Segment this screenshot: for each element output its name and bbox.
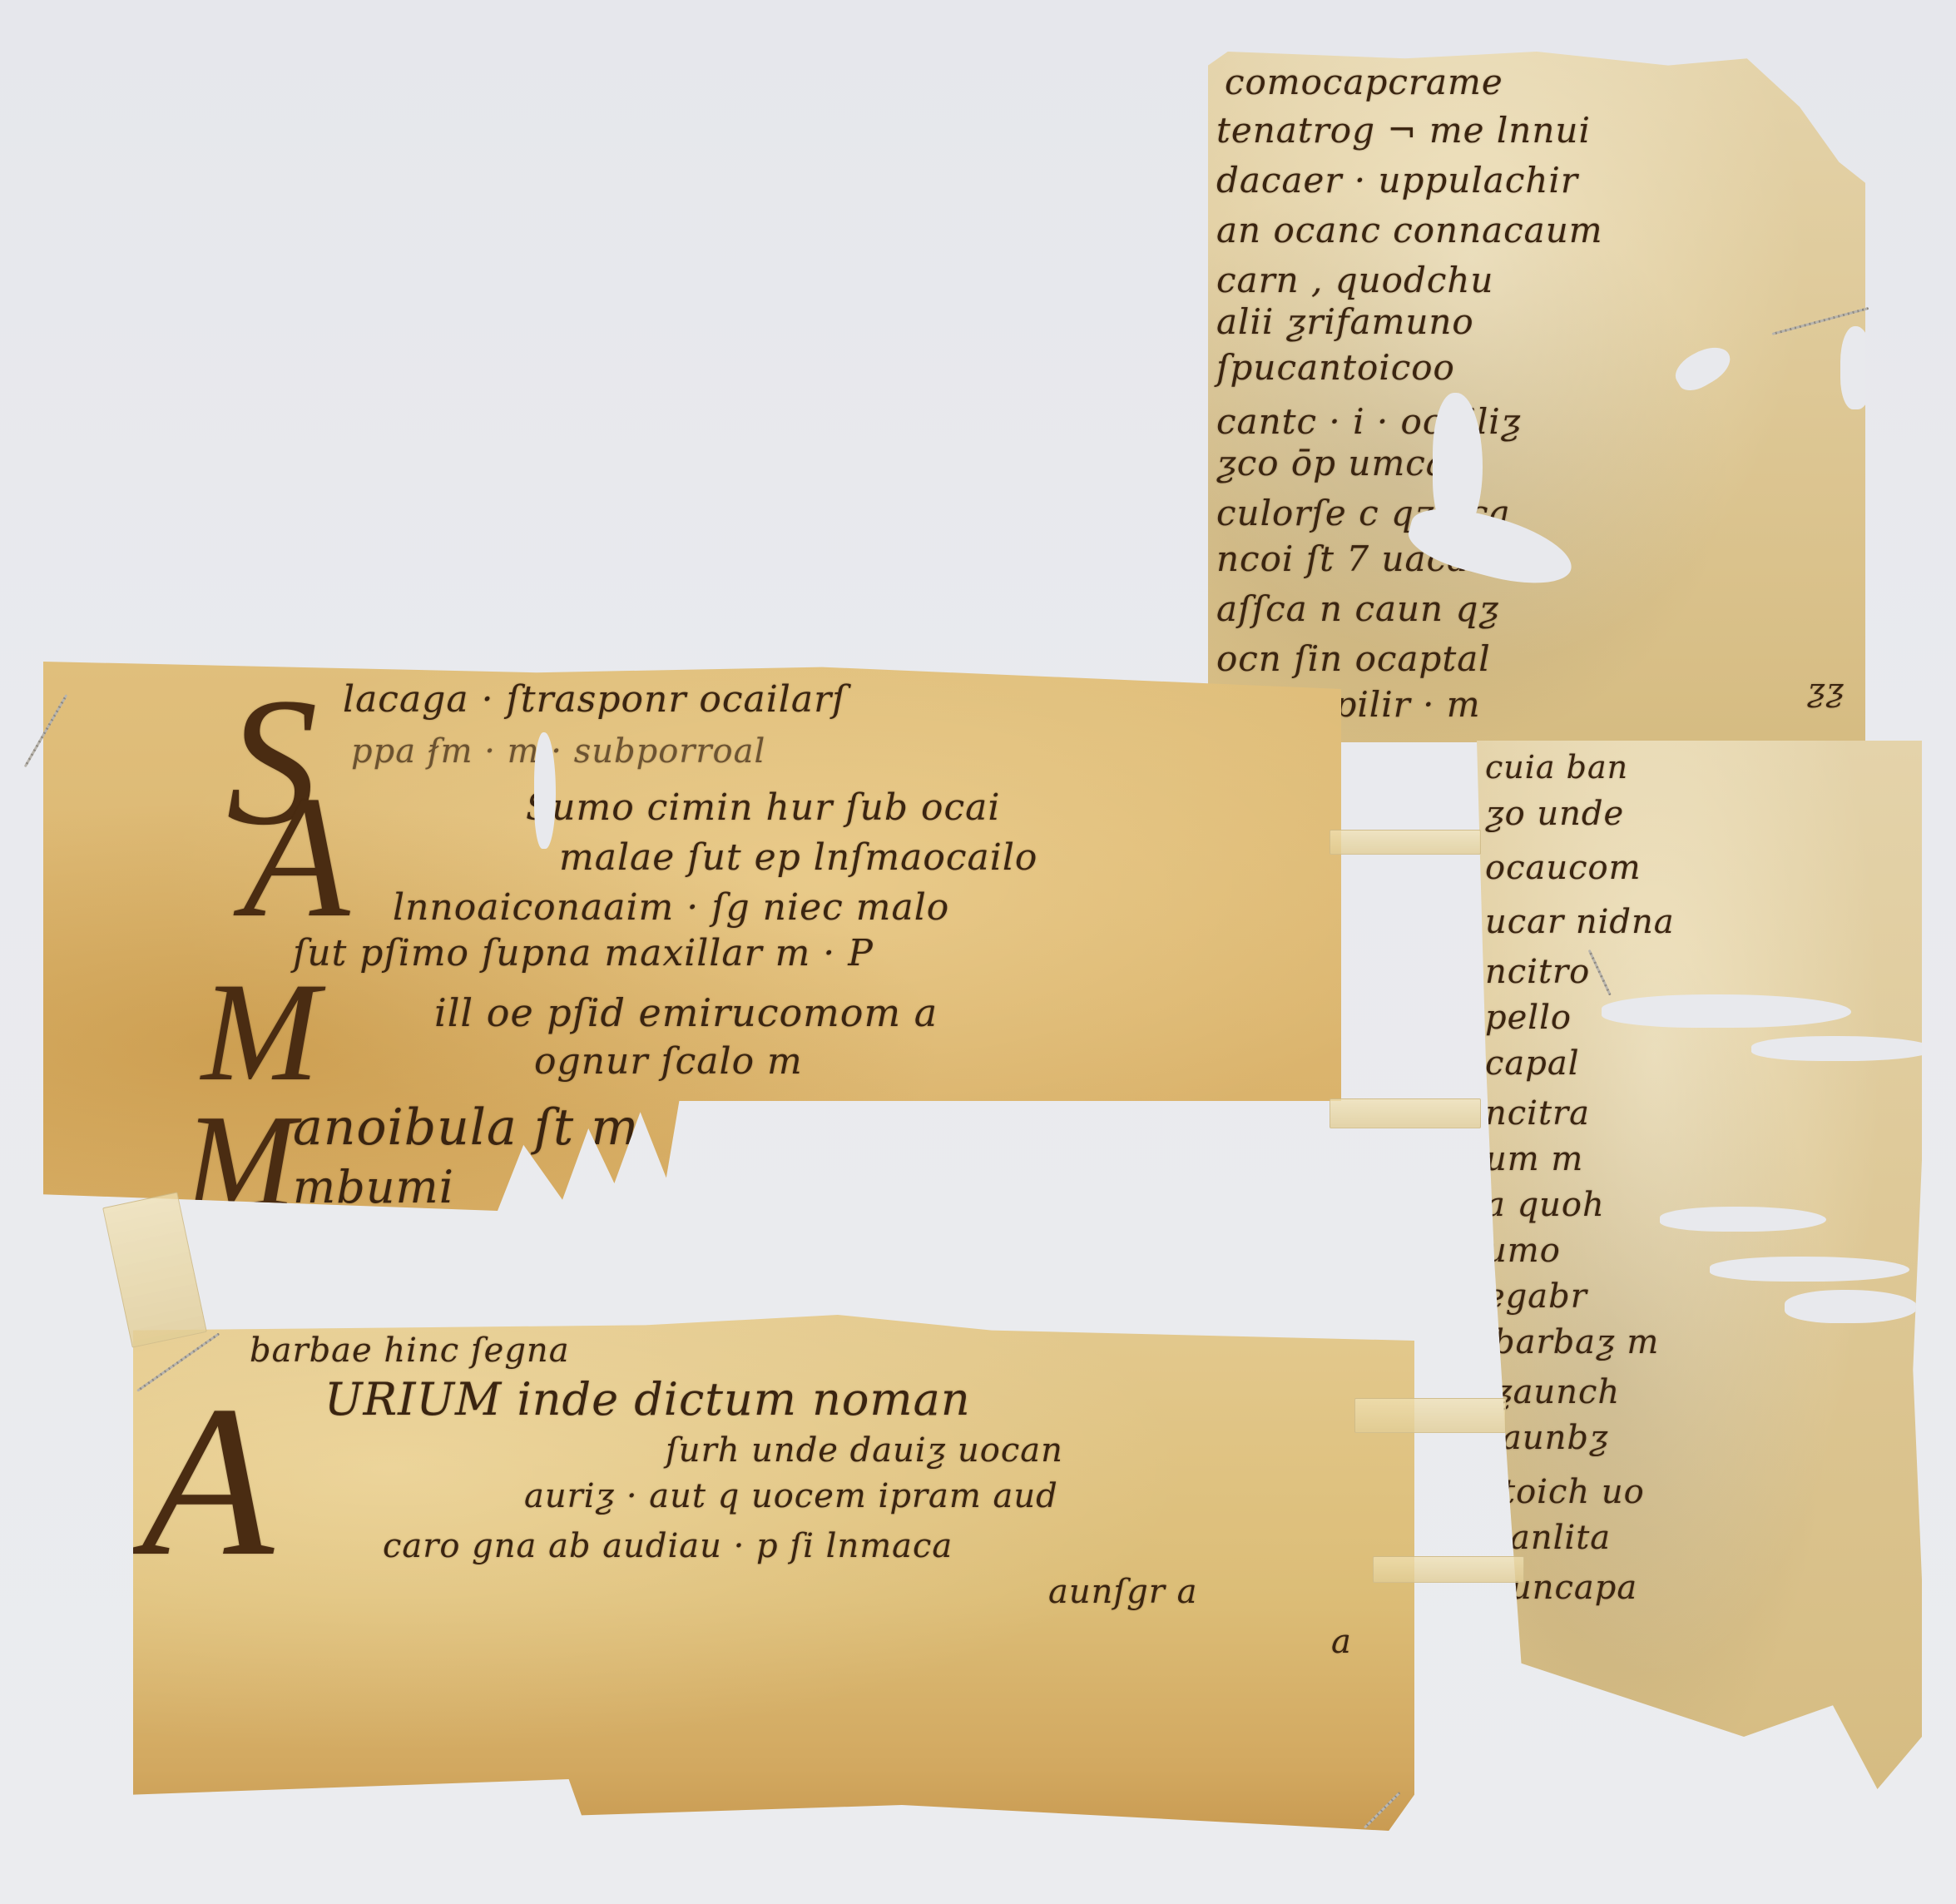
decorated-initial: A — [243, 770, 349, 945]
fragment-bottom-left: A barbae hinc ſegna URIUM inde dictum no… — [133, 1315, 1414, 1831]
hinge-strip — [1354, 1398, 1506, 1433]
manuscript-line: lnnoaiconaaim · ſg niec malo — [393, 886, 949, 929]
manuscript-line: egabr — [1485, 1277, 1587, 1316]
manuscript-line: an ocanc connacaum — [1216, 210, 1603, 250]
manuscript-line: ſut pſimo ſupna maxillar m · P — [293, 932, 874, 974]
decorated-initial: M — [185, 1094, 295, 1227]
manuscript-line: URIUM inde dictum noman — [324, 1373, 971, 1426]
manuscript-line: ognur ſcalo m — [534, 1040, 803, 1083]
manuscript-line: um m — [1485, 1140, 1583, 1178]
hinge-strip — [1330, 1098, 1481, 1128]
parchment-hole — [1785, 1290, 1918, 1323]
manuscript-line: ƺaunch — [1493, 1373, 1620, 1411]
manuscript-line: ppa ẜm · m · subporroal — [351, 732, 765, 771]
manuscript-line: carn , quodchu — [1216, 260, 1493, 300]
manuscript-line: caro gna ab audiau · p ſi lnmaca — [383, 1527, 953, 1565]
parchment-hole — [1602, 994, 1851, 1028]
hinge-strip — [102, 1192, 207, 1347]
manuscript-line: tenatrog ¬ me lnnui — [1216, 110, 1591, 151]
manuscript-line: a — [1331, 1623, 1352, 1661]
manuscript-line: comocapcrame — [1225, 62, 1503, 102]
decorated-initial: M — [201, 961, 319, 1103]
manuscript-line: anoibula ſt m — [293, 1098, 639, 1157]
margin-note: ƺƺ — [1807, 672, 1845, 708]
hinge-strip — [1330, 830, 1481, 855]
parchment-hole — [534, 732, 556, 849]
manuscript-line: malae ſut ep lnſmaocailo — [559, 836, 1037, 879]
manuscript-line: ncitra — [1485, 1094, 1590, 1133]
parchment-hole — [1660, 1207, 1826, 1232]
manuscript-line: cuia ban — [1485, 749, 1628, 786]
manuscript-line: ƺo unde — [1485, 795, 1624, 833]
fragment-right-column: cuia ban ƺo unde ocaucom ucar nidna ncit… — [1477, 741, 1922, 1789]
manuscript-line: barbae hinc ſegna — [250, 1331, 570, 1370]
parchment-hole — [1670, 339, 1737, 397]
manuscript-line: toich uo — [1502, 1473, 1645, 1511]
manuscript-line: a quoh — [1485, 1186, 1605, 1224]
manuscript-line: mbumi — [293, 1161, 454, 1213]
parchment-hole — [1751, 1036, 1934, 1061]
manuscript-line: aunſgr a — [1048, 1573, 1197, 1611]
manuscript-line: ſurh unde dauiƺ uocan — [666, 1431, 1063, 1470]
manuscript-line: uncapa — [1510, 1569, 1637, 1607]
manuscript-line: ocn ſin ocaptal — [1216, 638, 1491, 679]
manuscript-line: umo — [1485, 1232, 1561, 1270]
manuscript-line: ocaucom — [1485, 849, 1642, 887]
manuscript-line: ill oe pſid emirucomom a — [434, 990, 938, 1035]
manuscript-line: alii ƺrifamuno — [1216, 301, 1474, 342]
manuscript-line: aſſca n caun qƺ — [1216, 588, 1499, 629]
manuscript-line: ucar nidna — [1485, 903, 1675, 941]
parchment-hole — [1710, 1257, 1909, 1282]
manuscript-line: dacaer · uppulachir — [1216, 160, 1578, 201]
manuscript-line: pello — [1485, 999, 1572, 1037]
hinge-strip — [1373, 1556, 1524, 1583]
manuscript-line: capal — [1485, 1044, 1580, 1083]
manuscript-line: anlita — [1510, 1519, 1611, 1557]
fragment-top-right: comocapcrame tenatrog ¬ me lnnui dacaer … — [1208, 52, 1865, 742]
manuscript-line: lacaga · ſtrasponr ocailarſ — [343, 678, 846, 721]
manuscript-line: barbaƺ m — [1493, 1323, 1659, 1361]
fragment-middle-left: S A M M lacaga · ſtrasponr ocailarſ ppa … — [43, 662, 1341, 1211]
manuscript-line: auriƺ · aut q uocem ipram aud — [524, 1477, 1058, 1515]
manuscript-line: Sumo cimin hur ſub ocai — [526, 786, 1000, 829]
decorated-initial: A — [141, 1373, 274, 1589]
manuscript-line: ncitro — [1485, 953, 1590, 991]
manuscript-line: aunbƺ — [1502, 1419, 1609, 1457]
manuscript-line: ſpucantoicoo — [1216, 347, 1455, 388]
parchment-hole — [1840, 326, 1874, 409]
